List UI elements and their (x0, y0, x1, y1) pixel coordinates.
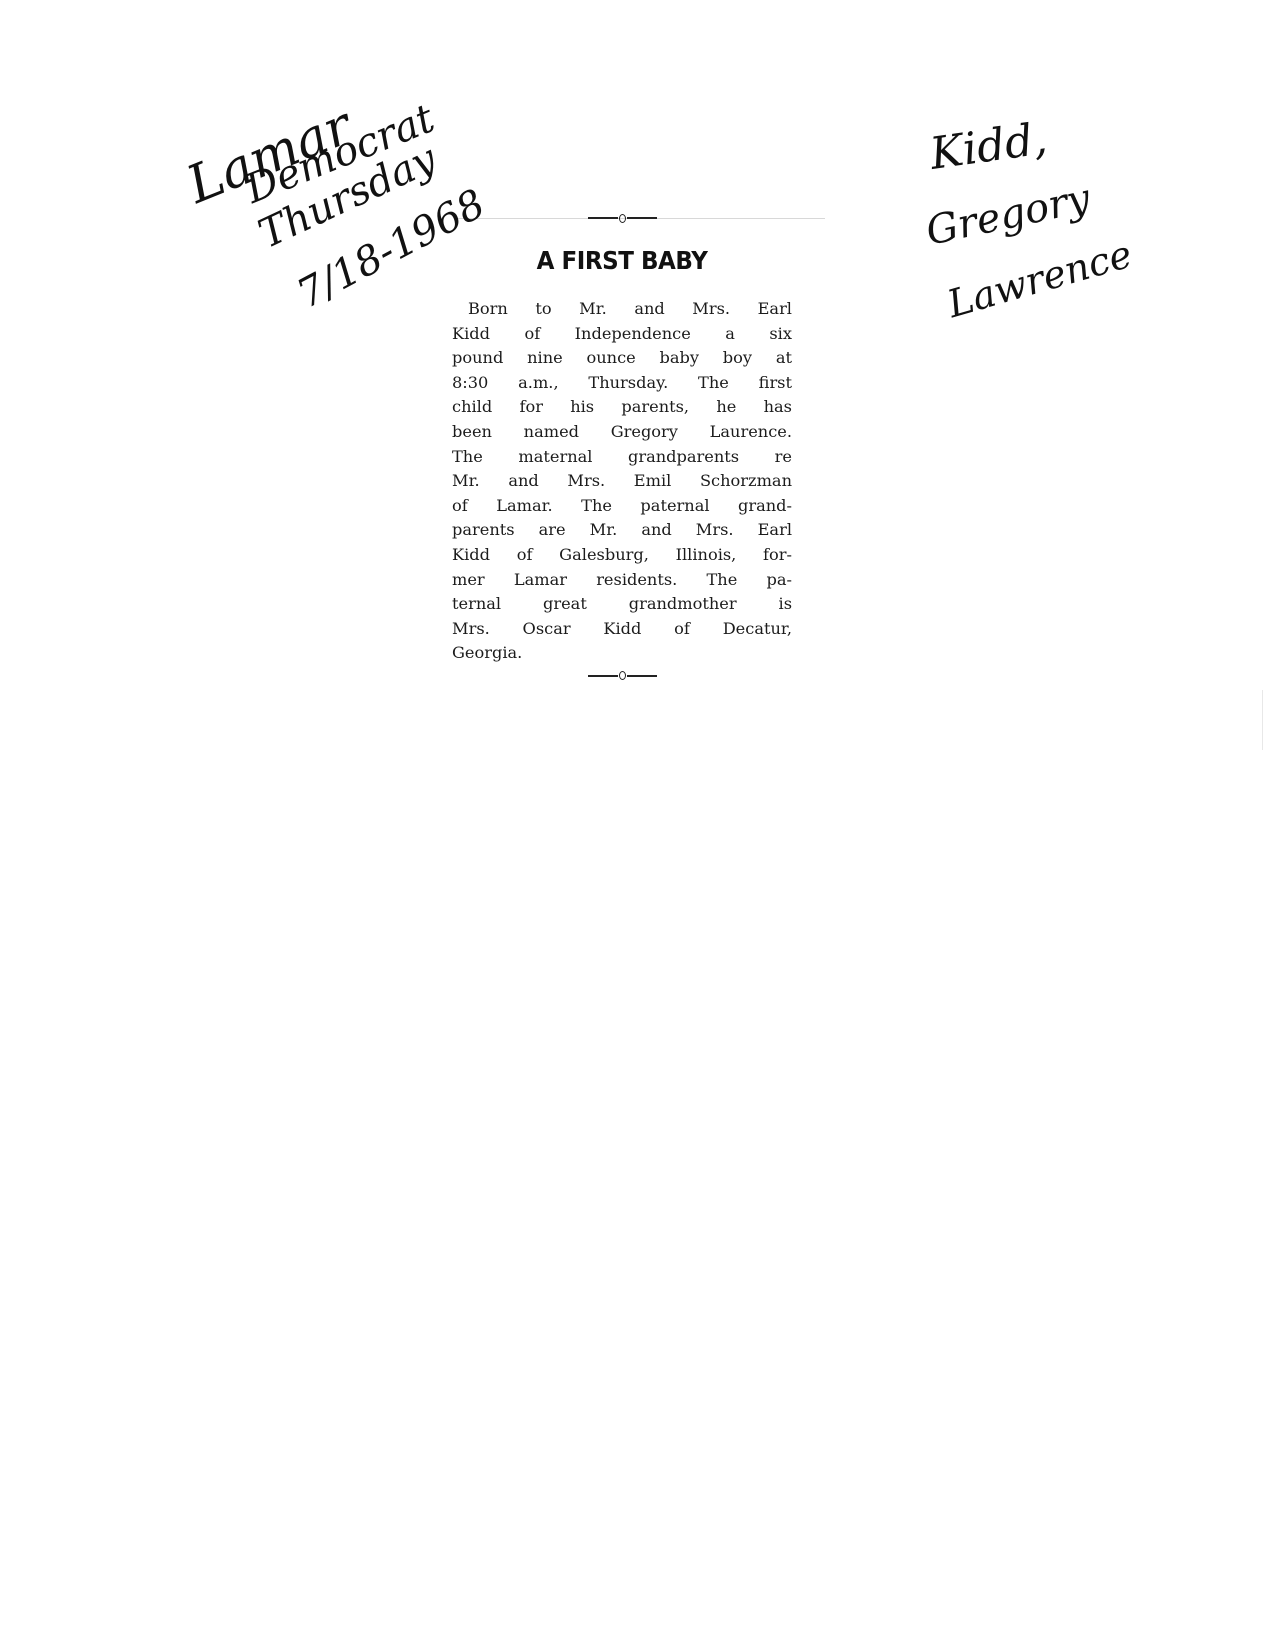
top-divider (452, 212, 792, 224)
headline: A FIRST BABY (466, 246, 779, 275)
article-line: The maternal grandparents re (452, 445, 792, 470)
scan-edge-mark (1262, 690, 1263, 750)
handwritten-line: Gregory (923, 178, 1094, 252)
article-line: pound nine ounce baby boy at (452, 346, 792, 371)
article-line: Mrs. Oscar Kidd of Decatur, (452, 617, 792, 642)
newspaper-clipping: A FIRST BABY Born to Mr. and Mrs. EarlKi… (452, 212, 792, 682)
article-line: parents are Mr. and Mrs. Earl (452, 518, 792, 543)
article-line: Kidd of Independence a six (452, 322, 792, 347)
article-line: Born to Mr. and Mrs. Earl (452, 297, 792, 322)
article-body: Born to Mr. and Mrs. EarlKidd of Indepen… (452, 297, 792, 666)
handwritten-line: Lawrence (943, 235, 1135, 324)
article-line: mer Lamar residents. The pa- (452, 568, 792, 593)
bottom-divider (452, 670, 792, 682)
article-line: been named Gregory Laurence. (452, 420, 792, 445)
article-line: Georgia. (452, 641, 792, 666)
handwritten-subject-note: Kidd, Gregory Lawrence (925, 95, 1165, 295)
article-line: 8:30 a.m., Thursday. The first (452, 371, 792, 396)
article-line: child for his parents, he has (452, 395, 792, 420)
article-line: Mr. and Mrs. Emil Schorzman (452, 469, 792, 494)
article-line: ternal great grandmother is (452, 592, 792, 617)
article-line: of Lamar. The paternal grand- (452, 494, 792, 519)
article-line: Kidd of Galesburg, Illinois, for- (452, 543, 792, 568)
handwritten-line: Kidd, (928, 117, 1050, 177)
